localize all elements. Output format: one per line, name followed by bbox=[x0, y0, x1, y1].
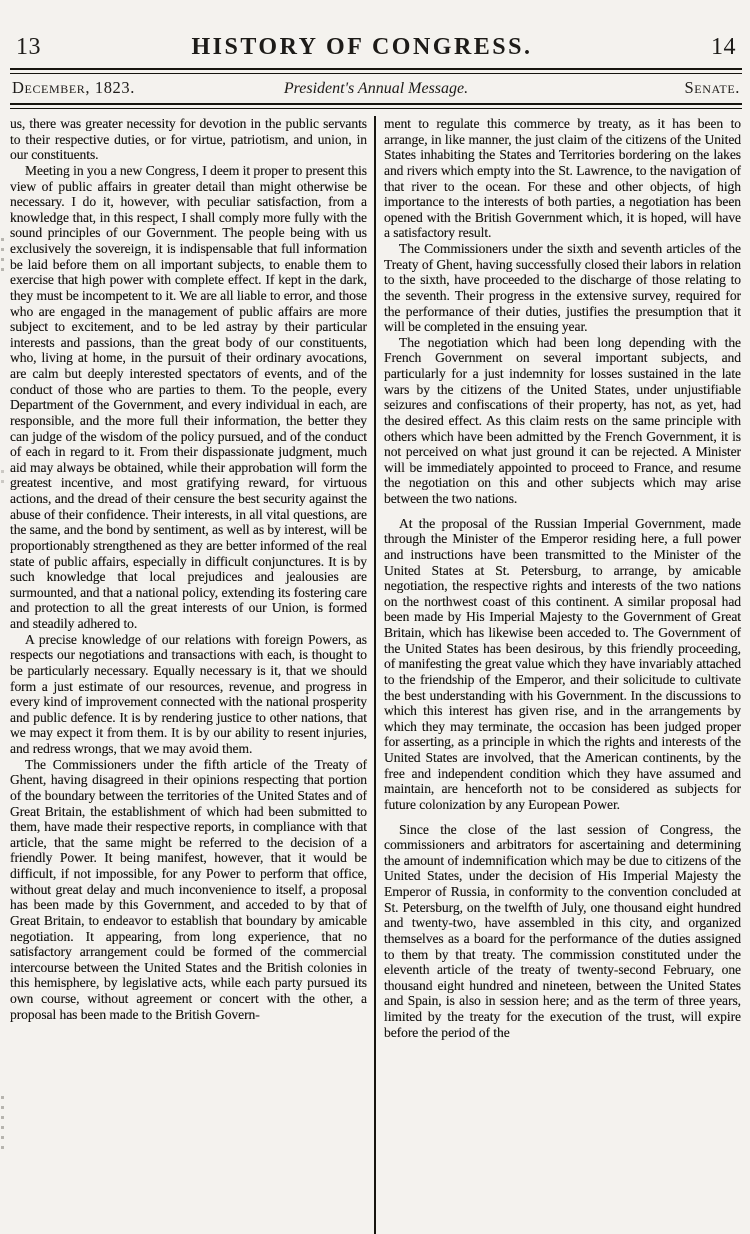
left-column: us, there was greater necessity for devo… bbox=[10, 116, 367, 1234]
date-label: December, 1823. bbox=[12, 78, 233, 98]
scan-artifact bbox=[1, 238, 4, 272]
right-column: ment to regulate this commerce by treaty… bbox=[384, 116, 741, 1234]
page-title: HISTORY OF CONGRESS. bbox=[192, 34, 533, 61]
scan-artifact bbox=[1, 1096, 4, 1154]
subheader-rule bbox=[10, 103, 742, 109]
paragraph: Meeting in you a new Congress, I deem it… bbox=[10, 163, 367, 632]
page-header: 13 HISTORY OF CONGRESS. 14 bbox=[10, 34, 742, 61]
paragraph: A precise knowledge of our relations wit… bbox=[10, 632, 367, 757]
left-page-number: 13 bbox=[16, 34, 41, 61]
column-divider-rule bbox=[374, 116, 376, 1234]
paragraph: The negotiation which had been long depe… bbox=[384, 335, 741, 507]
paragraph: The Commissioners under the fifth articl… bbox=[10, 757, 367, 1023]
right-page-number: 14 bbox=[711, 34, 736, 61]
scan-artifact bbox=[1, 470, 4, 488]
paragraph: Since the close of the last session of C… bbox=[384, 822, 741, 1041]
paragraph: The Commissioners under the sixth and se… bbox=[384, 241, 741, 335]
running-title: President's Annual Message. bbox=[233, 80, 520, 98]
text-columns: us, there was greater necessity for devo… bbox=[10, 116, 742, 1234]
paragraph: us, there was greater necessity for devo… bbox=[10, 116, 367, 163]
paragraph: At the proposal of the Russian Imperial … bbox=[384, 516, 741, 813]
scanned-document-page: 13 HISTORY OF CONGRESS. 14 December, 182… bbox=[0, 0, 750, 1234]
running-header: December, 1823. President's Annual Messa… bbox=[10, 74, 742, 101]
chamber-label: Senate. bbox=[519, 78, 740, 98]
paragraph: ment to regulate this commerce by treaty… bbox=[384, 116, 741, 241]
